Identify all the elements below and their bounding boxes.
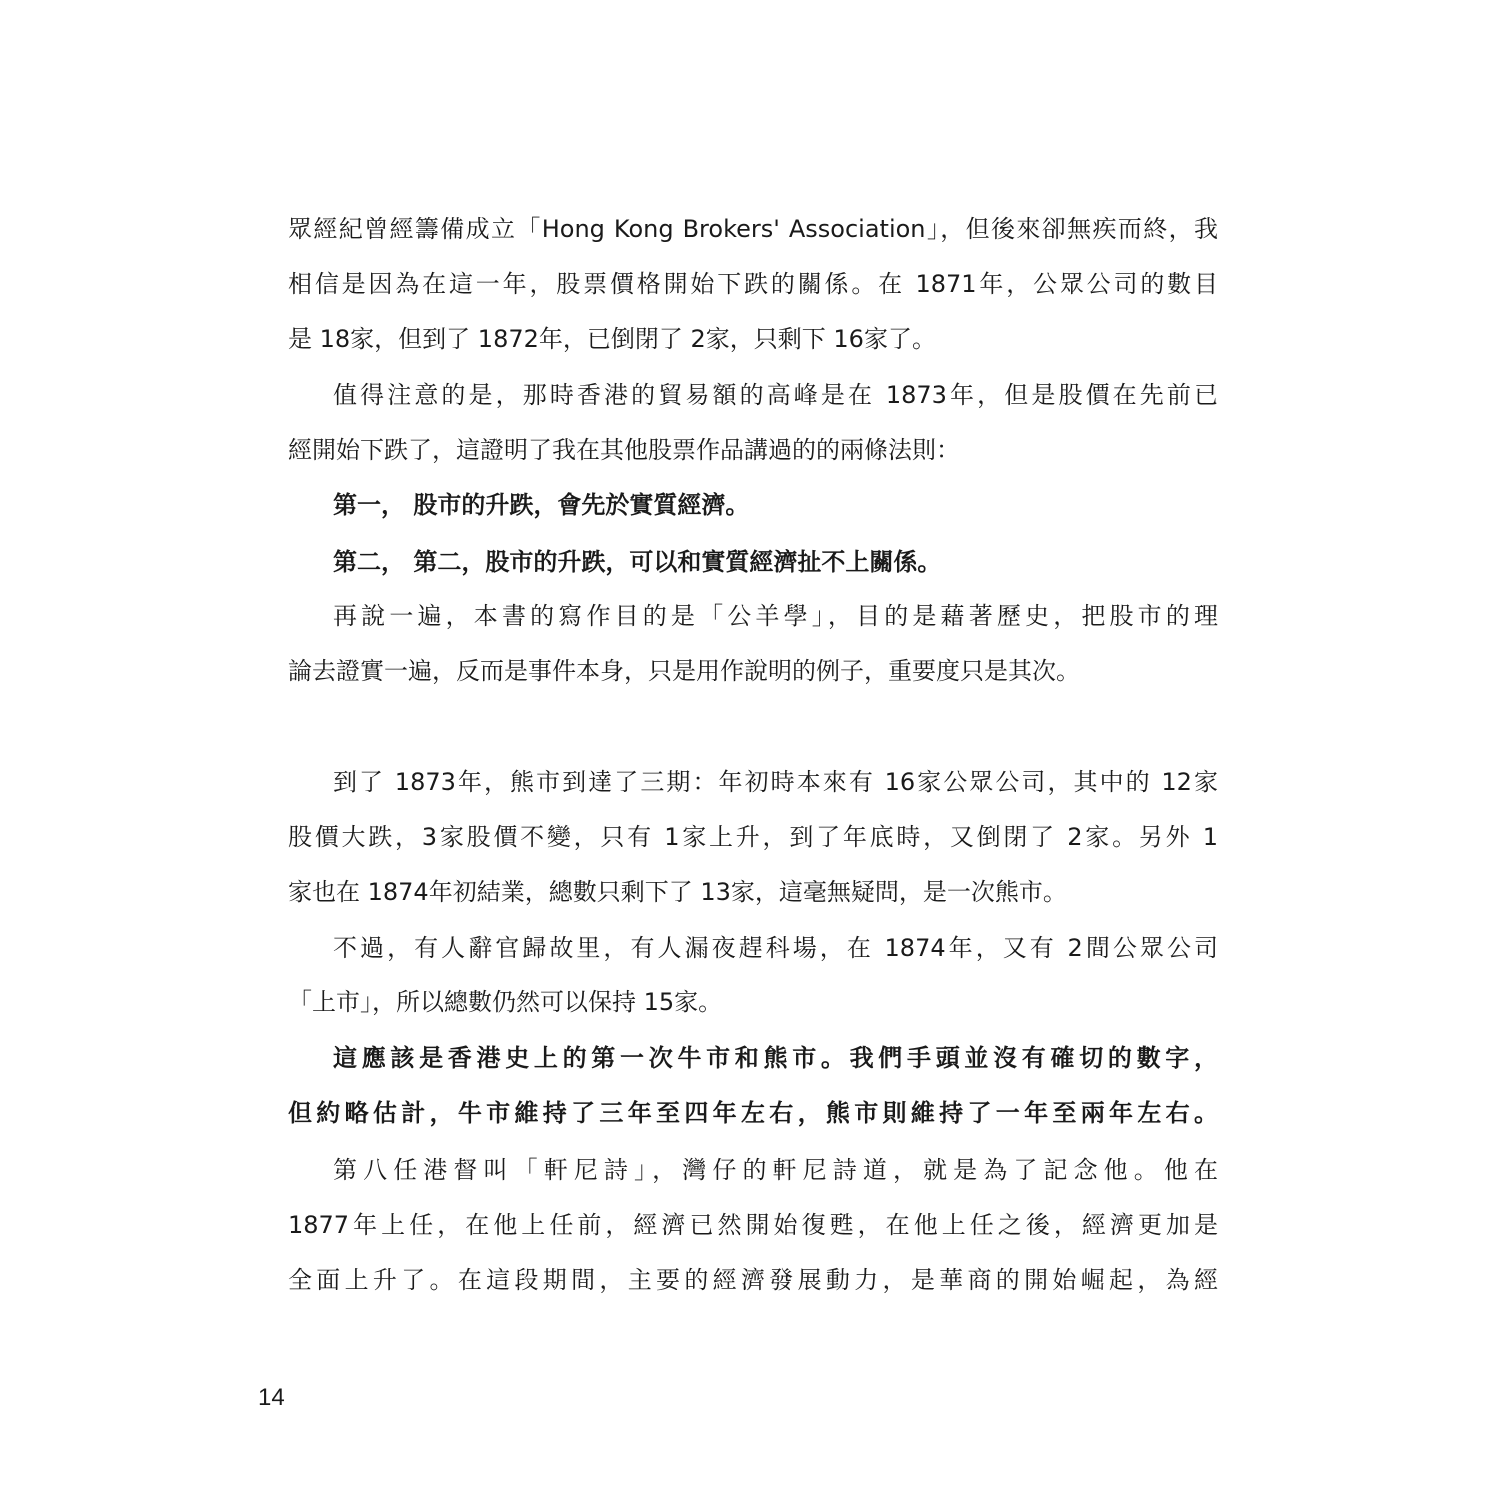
text-line: 是 18家，但到了 1872年，已倒閉了 2家，只剩下 16家了。 xyxy=(288,324,1218,354)
text-line: 眾經紀曾經籌備成立「Hong Kong Brokers' Association… xyxy=(288,214,1218,244)
text-line: 經開始下跌了，這證明了我在其他股票作品講過的的兩條法則： xyxy=(288,435,1218,465)
text-line: 股價大跌，3家股價不變，只有 1家上升，到了年底時，又倒閉了 2家。另外 1 xyxy=(288,822,1218,852)
text-line: 值得注意的是，那時香港的貿易額的高峰是在 1873年，但是股價在先前已 xyxy=(333,380,1218,410)
text-line: 不過，有人辭官歸故里，有人漏夜趕科場，在 1874年，又有 2間公眾公司 xyxy=(333,933,1218,963)
emphasized-text-line: 第一， 股市的升跌，會先於實質經濟。 xyxy=(333,490,1218,520)
text-line: 到了 1873年，熊市到達了三期：年初時本來有 16家公眾公司，其中的 12家 xyxy=(333,767,1218,797)
emphasized-text-line: 但約略估計，牛市維持了三年至四年左右，熊市則維持了一年至兩年左右。 xyxy=(288,1098,1218,1128)
text-line: 相信是因為在這一年，股票價格開始下跌的關係。在 1871年，公眾公司的數目 xyxy=(288,269,1218,299)
text-line: 第八任港督叫「軒尼詩」，灣仔的軒尼詩道，就是為了記念他。他在 xyxy=(333,1155,1218,1185)
document-page: 眾經紀曾經籌備成立「Hong Kong Brokers' Association… xyxy=(0,0,1500,1500)
text-line: 家也在 1874年初結業，總數只剩下了 13家，這毫無疑問，是一次熊市。 xyxy=(288,877,1218,907)
page-number: 14 xyxy=(258,1384,285,1412)
text-line: 再說一遍，本書的寫作目的是「公羊學」，目的是藉著歷史，把股市的理 xyxy=(333,601,1218,631)
emphasized-text-line: 第二， 第二，股市的升跌，可以和實質經濟扯不上關係。 xyxy=(333,547,1218,577)
text-line: 「上市」，所以總數仍然可以保持 15家。 xyxy=(288,987,1218,1017)
emphasized-text-line: 這應該是香港史上的第一次牛市和熊市。我們手頭並沒有確切的數字， xyxy=(333,1043,1218,1073)
text-line: 全面上升了。在這段期間，主要的經濟發展動力，是華商的開始崛起，為經 xyxy=(288,1265,1218,1295)
text-line: 1877年上任，在他上任前，經濟已然開始復甦，在他上任之後，經濟更加是 xyxy=(288,1210,1218,1240)
text-line: 論去證實一遍，反而是事件本身，只是用作說明的例子，重要度只是其次。 xyxy=(288,656,1218,686)
